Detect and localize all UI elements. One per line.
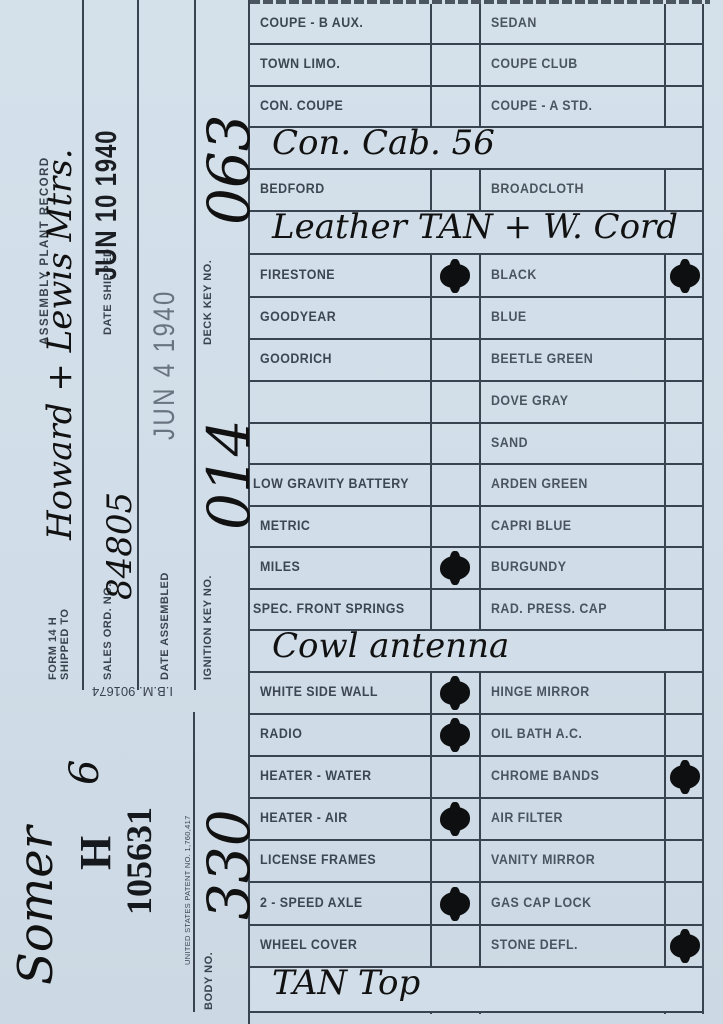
check-box-right[interactable] <box>666 464 702 505</box>
check-box-left[interactable] <box>432 589 479 629</box>
check-box-left[interactable] <box>432 423 479 463</box>
serial-prefix: H <box>70 836 121 870</box>
check-box-left[interactable] <box>432 714 479 755</box>
shipped-to-value: Howard + Lewis Mtrs. <box>40 148 80 540</box>
option-label-left: WHEEL COVER <box>260 937 357 952</box>
option-label-right: VANITY MIRROR <box>491 852 595 867</box>
punch-mark-icon <box>670 765 700 789</box>
handwritten-note: Leather TAN + W. Cord <box>272 207 678 247</box>
check-box-right[interactable] <box>666 44 702 85</box>
date-assembled-label: DATE ASSEMBLED <box>160 572 171 680</box>
check-box-left[interactable] <box>432 547 479 588</box>
check-box-right[interactable] <box>666 925 702 966</box>
option-label-left: HEATER - AIR <box>260 810 348 825</box>
option-label-right: COUPE - A STD. <box>491 98 592 113</box>
check-box-left[interactable] <box>432 297 479 338</box>
option-label-left: GOODYEAR <box>260 309 336 324</box>
check-box-right[interactable] <box>666 506 702 546</box>
option-label-right: HINGE MIRROR <box>491 684 590 699</box>
check-box-right[interactable] <box>666 672 702 713</box>
serial-number: 105631 <box>118 807 160 915</box>
handwritten-note: Con. Cab. 56 <box>272 123 495 163</box>
date-shipped-stamp: JUN 10 1940 <box>90 130 124 280</box>
check-box-left[interactable] <box>432 254 479 296</box>
check-box-left[interactable] <box>432 4 479 43</box>
option-label-left: BEDFORD <box>260 181 325 196</box>
check-box-left[interactable] <box>432 925 479 966</box>
punch-mark-icon <box>440 723 470 747</box>
check-box-right[interactable] <box>666 423 702 463</box>
check-box-right[interactable] <box>666 547 702 588</box>
handwritten-note: TAN Top <box>272 963 420 1003</box>
deck-key-label: DECK KEY NO. <box>203 260 214 345</box>
check-box-left[interactable] <box>432 756 479 797</box>
option-label-left: HEATER - WATER <box>260 768 372 783</box>
check-box-right[interactable] <box>666 714 702 755</box>
option-label-left: FIRESTONE <box>260 267 335 282</box>
assembly-plant-record-card: ASSEMBLY PLANT RECORD FORM 14 H SHIPPED … <box>0 0 723 1024</box>
handwritten-note: Cowl antenna <box>272 626 509 666</box>
option-label-right: ARDEN GREEN <box>491 476 588 491</box>
option-label-left: TOWN LIMO. <box>260 56 340 71</box>
check-box-right[interactable] <box>666 297 702 338</box>
check-box-right[interactable] <box>666 798 702 839</box>
ignition-key-value: 014 <box>195 419 263 530</box>
divider <box>82 0 84 690</box>
punch-mark-icon <box>440 681 470 705</box>
check-box-left[interactable] <box>432 464 479 505</box>
check-box-left[interactable] <box>432 381 479 422</box>
check-box-right[interactable] <box>666 840 702 881</box>
check-box-right[interactable] <box>666 169 702 210</box>
option-label-left: LOW GRAVITY BATTERY <box>253 476 409 491</box>
option-label-left: MILES <box>260 559 300 574</box>
punch-mark-icon <box>670 264 700 288</box>
signature: Somer <box>8 826 64 985</box>
ignition-key-label: IGNITION KEY NO. <box>203 575 214 680</box>
check-box-right[interactable] <box>666 381 702 422</box>
option-label-right: SAND <box>491 435 528 450</box>
option-label-left: COUPE - B AUX. <box>260 15 363 30</box>
option-label-left: CON. COUPE <box>260 98 343 113</box>
punch-mark-icon <box>440 892 470 916</box>
check-box-right[interactable] <box>666 4 702 43</box>
option-label-right: CHROME BANDS <box>491 768 599 783</box>
body-no-label: BODY NO. <box>204 952 215 1010</box>
divider <box>194 0 196 690</box>
punch-mark-icon <box>440 556 470 580</box>
grid-right-border <box>702 4 704 1014</box>
check-box-right[interactable] <box>666 882 702 924</box>
option-label-right: AIR FILTER <box>491 810 563 825</box>
option-label-right: COUPE CLUB <box>491 56 578 71</box>
option-label-right: BLACK <box>491 267 537 282</box>
check-box-left[interactable] <box>432 506 479 546</box>
shipped-to-label: SHIPPED TO <box>60 609 71 680</box>
body-no-value: 330 <box>195 809 263 920</box>
option-label-left: WHITE SIDE WALL <box>260 684 378 699</box>
option-label-left: 2 - SPEED AXLE <box>260 895 363 910</box>
option-label-right: RAD. PRESS. CAP <box>491 601 607 616</box>
option-label-right: STONE DEFL. <box>491 937 578 952</box>
check-box-left[interactable] <box>432 672 479 713</box>
option-label-right: BROADCLOTH <box>491 181 584 196</box>
check-box-right[interactable] <box>666 756 702 797</box>
option-label-right: OIL BATH A.C. <box>491 726 582 741</box>
check-box-left[interactable] <box>432 169 479 210</box>
option-label-left: LICENSE FRAMES <box>260 852 376 867</box>
option-label-right: BURGUNDY <box>491 559 566 574</box>
punch-mark-icon <box>440 807 470 831</box>
option-label-right: BLUE <box>491 309 527 324</box>
check-box-right[interactable] <box>666 86 702 126</box>
option-label-left: SPEC. FRONT SPRINGS <box>253 601 405 616</box>
option-label-left: RADIO <box>260 726 302 741</box>
check-box-left[interactable] <box>432 339 479 380</box>
option-label-left: GOODRICH <box>260 351 332 366</box>
check-box-right[interactable] <box>666 254 702 296</box>
patent-text: UNITED STATES PATENT NO. 1,760,417 <box>183 815 192 965</box>
check-box-left[interactable] <box>432 798 479 839</box>
option-label-left: METRIC <box>260 518 310 533</box>
check-box-left[interactable] <box>432 44 479 85</box>
ibm-number: I.B.M. 901674 <box>92 684 173 699</box>
sales-order-value: 84805 <box>100 492 140 600</box>
date-assembled-stamp: JUN 4 1940 <box>148 289 182 440</box>
check-box-left[interactable] <box>432 86 479 126</box>
option-label-right: BEETLE GREEN <box>491 351 593 366</box>
row-divider <box>250 1011 704 1013</box>
option-label-right: SEDAN <box>491 15 537 30</box>
check-box-left[interactable] <box>432 840 479 881</box>
option-label-right: CAPRI BLUE <box>491 518 572 533</box>
serial-mark: 6 <box>62 760 108 785</box>
check-box-right[interactable] <box>666 339 702 380</box>
check-box-left[interactable] <box>432 882 479 924</box>
check-box-right[interactable] <box>666 589 702 629</box>
punch-mark-icon <box>670 934 700 958</box>
option-label-right: GAS CAP LOCK <box>491 895 592 910</box>
punch-mark-icon <box>440 264 470 288</box>
form-number: FORM 14 H <box>48 617 59 680</box>
option-label-right: DOVE GRAY <box>491 393 569 408</box>
